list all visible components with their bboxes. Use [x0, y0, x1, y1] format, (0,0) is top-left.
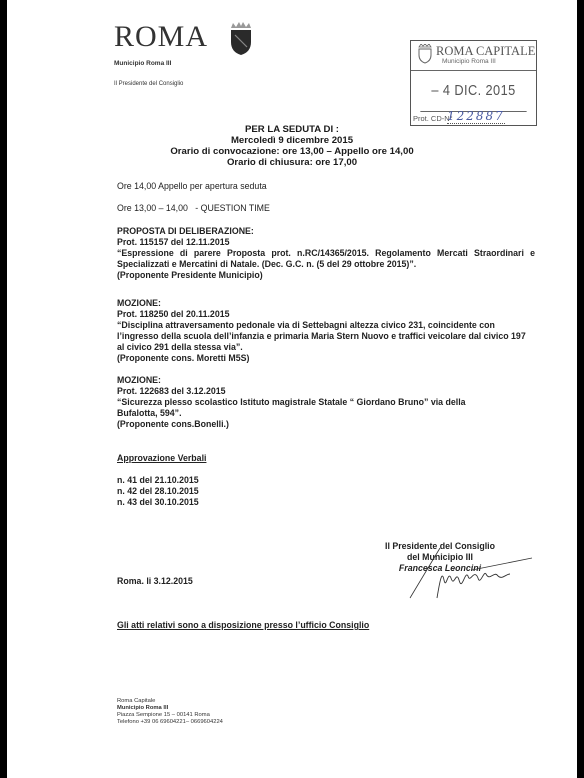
verbale-item: n. 42 del 28.10.2015: [117, 486, 535, 497]
item-proponent: (Proponente cons. Moretti M5S): [117, 353, 535, 364]
session-date: Mercoledì 9 dicembre 2015: [7, 135, 577, 146]
footer-org: Roma Capitale: [117, 698, 223, 705]
footer-address: Roma Capitale Municipio Roma III Piazza …: [117, 698, 223, 726]
roma-crest-icon: [227, 22, 255, 56]
item-text: “Disciplina attraversamento pedonale via…: [117, 320, 529, 353]
availability-notice: Gli atti relativi sono a disposizione pr…: [117, 620, 369, 631]
item-type: MOZIONE:: [117, 375, 535, 386]
item-proponent: (Proponente cons.Bonelli.): [117, 419, 535, 430]
verbale-item: n. 41 del 21.10.2015: [117, 475, 535, 486]
stamp-title: ROMA CAPITALE: [436, 44, 535, 59]
municipio-label: Municipio Roma III: [114, 60, 171, 67]
item-proponent: (Proponente Presidente Municipio): [117, 270, 535, 281]
schedule-item: Ore 14,00 Appello per apertura seduta: [117, 181, 267, 192]
session-title: PER LA SEDUTA DI :: [7, 124, 577, 135]
stamp-subtitle: Municipio Roma III: [442, 58, 496, 65]
item-prot: Prot. 115157 del 12.11.2015: [117, 237, 535, 248]
agenda-item: PROPOSTA DI DELIBERAZIONE: Prot. 115157 …: [117, 226, 535, 281]
place-date: Roma. li 3.12.2015: [117, 576, 193, 587]
item-text: “Espressione di parere Proposta prot. n.…: [117, 248, 535, 270]
stamp-date: – 4 DIC. 2015: [420, 71, 526, 112]
footer-phone: Telefono +39 06 69604221– 0669604224: [117, 719, 223, 726]
item-prot: Prot. 122683 del 3.12.2015: [117, 386, 535, 397]
item-prot: Prot. 118250 del 20.11.2015: [117, 309, 535, 320]
verbali-list: n. 41 del 21.10.2015 n. 42 del 28.10.201…: [117, 475, 535, 508]
session-convocation: Orario di convocazione: ore 13,00 – Appe…: [7, 146, 577, 157]
stamp-prot-number: 122887: [447, 109, 505, 124]
roma-logo: ROMA: [114, 22, 208, 52]
protocol-stamp: ROMA CAPITALE Municipio Roma III – 4 DIC…: [410, 40, 537, 126]
agenda-item: MOZIONE: Prot. 118250 del 20.11.2015 “Di…: [117, 298, 535, 364]
verbali-title: Approvazione Verbali: [117, 453, 535, 464]
item-type: MOZIONE:: [117, 298, 535, 309]
session-closing: Orario di chiusura: ore 17,00: [7, 157, 577, 168]
document-page: ROMA Municipio Roma III Il Presidente de…: [7, 0, 577, 778]
item-type: PROPOSTA DI DELIBERAZIONE:: [117, 226, 535, 237]
item-text: “Sicurezza plesso scolastico Istituto ma…: [117, 397, 507, 419]
handwritten-signature-icon: [402, 540, 537, 605]
agenda-item: MOZIONE: Prot. 122683 del 3.12.2015 “Sic…: [117, 375, 535, 430]
footer-address-line: Piazza Sempione 15 – 00141 Roma: [117, 712, 223, 719]
office-label: Il Presidente del Consiglio: [114, 81, 183, 87]
schedule-item: Ore 13,00 – 14,00 - QUESTION TIME: [117, 203, 270, 214]
footer-municipio: Municipio Roma III: [117, 705, 223, 712]
verbale-item: n. 43 del 30.10.2015: [117, 497, 535, 508]
stamp-crest-icon: [417, 44, 433, 64]
